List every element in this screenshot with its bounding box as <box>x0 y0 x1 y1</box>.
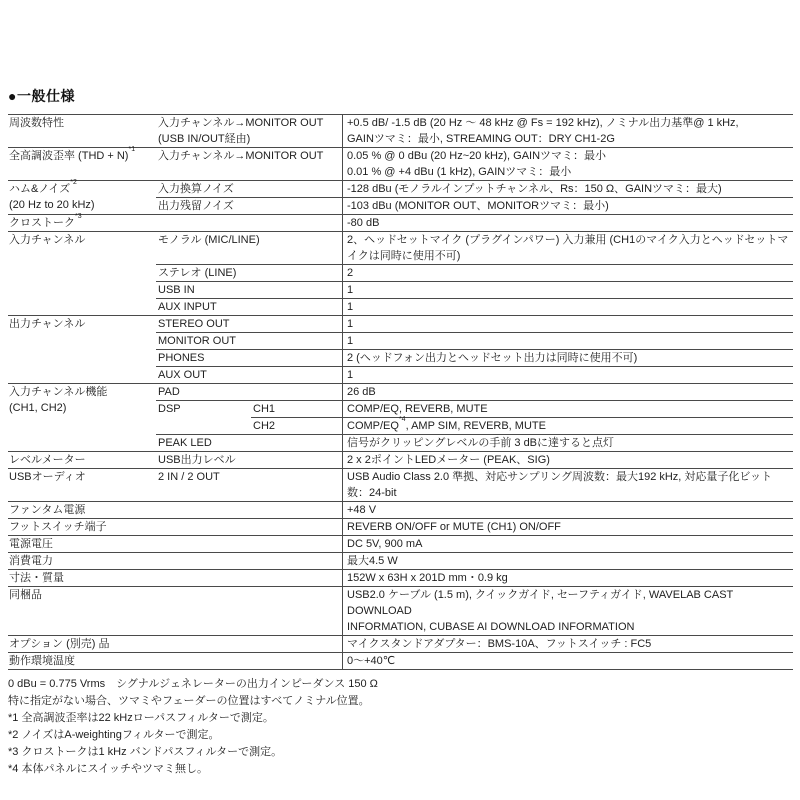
spec-value-cell: +48 V <box>342 502 793 518</box>
spec-item-cell: AUX OUT <box>156 366 342 383</box>
spec-category-cell: レベルメーター <box>8 452 156 468</box>
spec-category-cell: 入力チャンネル機能 (CH1, CH2) <box>8 384 156 451</box>
spec-value-cell: 1 <box>342 298 793 315</box>
table-row: レベルメーターUSB出力レベル2 x 2ポイントLEDメーター (PEAK、SI… <box>8 451 793 468</box>
spec-subrows: モノラル (MIC/LINE)2、ヘッドセットマイク (プラグインパワー) 入力… <box>156 232 793 315</box>
spec-value-cell: -80 dB <box>342 215 793 231</box>
spec-subrow: モノラル (MIC/LINE)2、ヘッドセットマイク (プラグインパワー) 入力… <box>156 232 793 264</box>
footnote-marker: *4 <box>399 416 406 423</box>
spec-value-cell: 2 (ヘッドフォン出力とヘッドセット出力は同時に使用不可) <box>342 349 793 366</box>
spec-category-cell: クロストーク*3 <box>8 215 156 231</box>
spec-subrow: USB2.0 ケーブル (1.5 m), クイックガイド, セーフティガイド, … <box>156 587 793 635</box>
spec-page: ●一般仕様 周波数特性入力チャンネル→MONITOR OUT (USB IN/O… <box>0 0 800 800</box>
spec-category-cell: 全高調波歪率 (THD + N)*1 <box>8 148 156 180</box>
spec-item-cell: PEAK LED <box>156 434 342 451</box>
spec-category-cell: 電源電圧 <box>8 536 156 552</box>
spec-item-cell <box>156 553 342 569</box>
spec-subrows: USB出力レベル2 x 2ポイントLEDメーター (PEAK、SIG) <box>156 452 793 468</box>
spec-subrows: 0～+40℃ <box>156 653 793 669</box>
spec-subrow: +48 V <box>156 502 793 518</box>
spec-category-cell: 動作環境温度 <box>8 653 156 669</box>
spec-value-cell: 1 <box>342 316 793 332</box>
table-row: 動作環境温度0～+40℃ <box>8 652 793 669</box>
spec-item-cell: ステレオ (LINE) <box>156 264 342 281</box>
spec-subrows: 最大4.5 W <box>156 553 793 569</box>
footnote: *2 ノイズはA-weightingフィルターで測定。 <box>8 727 793 744</box>
table-row: 同梱品USB2.0 ケーブル (1.5 m), クイックガイド, セーフティガイ… <box>8 586 793 635</box>
spec-subrow: PEAK LED信号がクリッピングレベルの手前 3 dBに達すると点灯 <box>156 434 793 451</box>
spec-item-cell: AUX INPUT <box>156 298 342 315</box>
spec-item-cell <box>156 536 342 552</box>
spec-subrow: 2 IN / 2 OUTUSB Audio Class 2.0 準拠、対応サンプ… <box>156 469 793 501</box>
spec-value-cell: 0.05 % @ 0 dBu (20 Hz~20 kHz), GAINツマミ：最… <box>342 148 793 180</box>
spec-subrow: STEREO OUT1 <box>156 316 793 332</box>
spec-value-cell: DC 5V, 900 mA <box>342 536 793 552</box>
spec-item-cell: PHONES <box>156 349 342 366</box>
spec-value-cell: COMP/EQ*4, AMP SIM, REVERB, MUTE <box>342 417 793 434</box>
footnotes: 0 dBu = 0.775 Vrms シグナルジェネレーターの出力インピーダンス… <box>8 676 793 778</box>
table-row: 全高調波歪率 (THD + N)*1入力チャンネル→MONITOR OUT0.0… <box>8 147 793 180</box>
footnote: 特に指定がない場合、ツマミやフェーダーの位置はすべてノミナル位置。 <box>8 693 793 710</box>
footnote-marker: *1 <box>128 146 135 153</box>
spec-value-cell: 2 x 2ポイントLEDメーター (PEAK、SIG) <box>342 452 793 468</box>
spec-category-cell: 入力チャンネル <box>8 232 156 315</box>
spec-category-cell: 消費電力 <box>8 553 156 569</box>
spec-subrows: STEREO OUT1MONITOR OUT1PHONES2 (ヘッドフォン出力… <box>156 316 793 383</box>
spec-subrow: ステレオ (LINE)2 <box>156 264 793 281</box>
spec-subrow: 入力換算ノイズ-128 dBu (モノラルインプットチャンネル、Rs：150 Ω… <box>156 181 793 197</box>
spec-subrow: 152W x 63H x 201D mm・0.9 kg <box>156 570 793 586</box>
spec-item-cell: 2 IN / 2 OUT <box>156 469 342 501</box>
spec-item-cell: USB出力レベル <box>156 452 342 468</box>
spec-item-cell <box>156 653 342 669</box>
spec-subrows: 入力チャンネル→MONITOR OUT (USB IN/OUT経由)+0.5 d… <box>156 115 793 147</box>
spec-value-cell: 最大4.5 W <box>342 553 793 569</box>
spec-value-cell: -103 dBu (MONITOR OUT、MONITORツマミ：最小) <box>342 197 793 214</box>
table-row: 寸法・質量152W x 63H x 201D mm・0.9 kg <box>8 569 793 586</box>
spec-subrow: CH2COMP/EQ*4, AMP SIM, REVERB, MUTE <box>156 417 793 434</box>
spec-subitem-cell: CH2 <box>251 417 342 434</box>
table-row: 周波数特性入力チャンネル→MONITOR OUT (USB IN/OUT経由)+… <box>8 114 793 147</box>
spec-category-cell: ファンタム電源 <box>8 502 156 518</box>
spec-value-cell: USB Audio Class 2.0 準拠、対応サンプリング周波数：最大192… <box>342 469 793 501</box>
spec-value-cell: 信号がクリッピングレベルの手前 3 dBに達すると点灯 <box>342 434 793 451</box>
spec-item-cell <box>156 636 342 652</box>
footnote-marker: *2 <box>70 179 77 186</box>
spec-subrow: 出力残留ノイズ-103 dBu (MONITOR OUT、MONITORツマミ：… <box>156 197 793 214</box>
spec-item-cell <box>156 570 342 586</box>
spec-subrow: DC 5V, 900 mA <box>156 536 793 552</box>
spec-value-cell: COMP/EQ, REVERB, MUTE <box>342 400 793 417</box>
spec-subrow: USB出力レベル2 x 2ポイントLEDメーター (PEAK、SIG) <box>156 452 793 468</box>
spec-subrows: REVERB ON/OFF or MUTE (CH1) ON/OFF <box>156 519 793 535</box>
spec-item-cell <box>156 519 342 535</box>
spec-subrow: 入力チャンネル→MONITOR OUT (USB IN/OUT経由)+0.5 d… <box>156 115 793 147</box>
table-row: ファンタム電源+48 V <box>8 501 793 518</box>
spec-item-cell <box>156 417 251 434</box>
spec-value-cell: USB2.0 ケーブル (1.5 m), クイックガイド, セーフティガイド, … <box>342 587 793 635</box>
table-row: 入力チャンネル機能 (CH1, CH2)PAD26 dBDSPCH1COMP/E… <box>8 383 793 451</box>
spec-value-cell: 1 <box>342 366 793 383</box>
spec-item-cell <box>156 587 342 635</box>
spec-subrows: 入力換算ノイズ-128 dBu (モノラルインプットチャンネル、Rs：150 Ω… <box>156 181 793 214</box>
spec-value-cell: 152W x 63H x 201D mm・0.9 kg <box>342 570 793 586</box>
spec-item-cell: PAD <box>156 384 342 400</box>
spec-subrow: 入力チャンネル→MONITOR OUT0.05 % @ 0 dBu (20 Hz… <box>156 148 793 180</box>
spec-item-cell <box>156 215 342 231</box>
table-row: フットスイッチ端子REVERB ON/OFF or MUTE (CH1) ON/… <box>8 518 793 535</box>
spec-subrows: マイクスタンドアダプター：BMS-10A、フットスイッチ : FC5 <box>156 636 793 652</box>
spec-value-cell: 1 <box>342 332 793 349</box>
spec-value-cell: REVERB ON/OFF or MUTE (CH1) ON/OFF <box>342 519 793 535</box>
spec-subrow: AUX INPUT1 <box>156 298 793 315</box>
spec-subrows: USB2.0 ケーブル (1.5 m), クイックガイド, セーフティガイド, … <box>156 587 793 635</box>
spec-subrows: PAD26 dBDSPCH1COMP/EQ, REVERB, MUTECH2CO… <box>156 384 793 451</box>
spec-subrow: PHONES2 (ヘッドフォン出力とヘッドセット出力は同時に使用不可) <box>156 349 793 366</box>
spec-item-cell: 入力チャンネル→MONITOR OUT (USB IN/OUT経由) <box>156 115 342 147</box>
spec-value-cell: 1 <box>342 281 793 298</box>
spec-item-cell: DSP <box>156 400 251 417</box>
footnote: *4 本体パネルにスイッチやツマミ無し。 <box>8 761 793 778</box>
spec-subrow: -80 dB <box>156 215 793 231</box>
spec-subitem-cell: CH1 <box>251 400 342 417</box>
spec-value-cell: +0.5 dB/ -1.5 dB (20 Hz ～ 48 kHz @ Fs = … <box>342 115 793 147</box>
spec-value-cell: 0～+40℃ <box>342 653 793 669</box>
spec-subrow: 0～+40℃ <box>156 653 793 669</box>
table-row: USBオーディオ2 IN / 2 OUTUSB Audio Class 2.0 … <box>8 468 793 501</box>
spec-category-cell: 寸法・質量 <box>8 570 156 586</box>
spec-value-cell: マイクスタンドアダプター：BMS-10A、フットスイッチ : FC5 <box>342 636 793 652</box>
section-title: ●一般仕様 <box>8 86 793 106</box>
spec-subrow: PAD26 dB <box>156 384 793 400</box>
spec-item-cell: STEREO OUT <box>156 316 342 332</box>
spec-category-cell: USBオーディオ <box>8 469 156 501</box>
spec-subrow: 最大4.5 W <box>156 553 793 569</box>
spec-item-cell <box>156 502 342 518</box>
table-row: 消費電力最大4.5 W <box>8 552 793 569</box>
spec-subrow: DSPCH1COMP/EQ, REVERB, MUTE <box>156 400 793 417</box>
spec-value-cell: -128 dBu (モノラルインプットチャンネル、Rs：150 Ω、GAINツマ… <box>342 181 793 197</box>
spec-value-cell: 2 <box>342 264 793 281</box>
table-row: 出力チャンネルSTEREO OUT1MONITOR OUT1PHONES2 (ヘ… <box>8 315 793 383</box>
spec-category-cell: 出力チャンネル <box>8 316 156 383</box>
spec-subrow: AUX OUT1 <box>156 366 793 383</box>
spec-subrows: 入力チャンネル→MONITOR OUT0.05 % @ 0 dBu (20 Hz… <box>156 148 793 180</box>
spec-table: 周波数特性入力チャンネル→MONITOR OUT (USB IN/OUT経由)+… <box>8 114 793 670</box>
spec-subrows: 152W x 63H x 201D mm・0.9 kg <box>156 570 793 586</box>
spec-subrow: MONITOR OUT1 <box>156 332 793 349</box>
table-row: ハム&ノイズ*2 (20 Hz to 20 kHz)入力換算ノイズ-128 dB… <box>8 180 793 214</box>
table-row: 入力チャンネルモノラル (MIC/LINE)2、ヘッドセットマイク (プラグイン… <box>8 231 793 315</box>
spec-subrow: マイクスタンドアダプター：BMS-10A、フットスイッチ : FC5 <box>156 636 793 652</box>
spec-item-cell: MONITOR OUT <box>156 332 342 349</box>
spec-subrows: DC 5V, 900 mA <box>156 536 793 552</box>
footnote: *1 全高調波歪率は22 kHzローパスフィルターで測定。 <box>8 710 793 727</box>
spec-category-cell: ハム&ノイズ*2 (20 Hz to 20 kHz) <box>8 181 156 214</box>
table-row: オプション (別売) 品マイクスタンドアダプター：BMS-10A、フットスイッチ… <box>8 635 793 652</box>
spec-item-cell: 入力換算ノイズ <box>156 181 342 197</box>
table-row: 電源電圧DC 5V, 900 mA <box>8 535 793 552</box>
spec-value-cell: 2、ヘッドセットマイク (プラグインパワー) 入力兼用 (CH1のマイク入力とヘ… <box>342 232 793 264</box>
spec-category-cell: オプション (別売) 品 <box>8 636 156 652</box>
spec-subrows: +48 V <box>156 502 793 518</box>
spec-item-cell: 出力残留ノイズ <box>156 197 342 214</box>
spec-category-cell: 周波数特性 <box>8 115 156 147</box>
footnote: 0 dBu = 0.775 Vrms シグナルジェネレーターの出力インピーダンス… <box>8 676 793 693</box>
footnote-marker: *3 <box>75 213 82 220</box>
spec-category-cell: 同梱品 <box>8 587 156 635</box>
spec-subrows: -80 dB <box>156 215 793 231</box>
spec-subrow: REVERB ON/OFF or MUTE (CH1) ON/OFF <box>156 519 793 535</box>
table-row: クロストーク*3-80 dB <box>8 214 793 231</box>
spec-item-cell: 入力チャンネル→MONITOR OUT <box>156 148 342 180</box>
spec-item-cell: USB IN <box>156 281 342 298</box>
spec-subrow: USB IN1 <box>156 281 793 298</box>
spec-subrows: 2 IN / 2 OUTUSB Audio Class 2.0 準拠、対応サンプ… <box>156 469 793 501</box>
spec-category-cell: フットスイッチ端子 <box>8 519 156 535</box>
footnote: *3 クロストークは1 kHz バンドパスフィルターで測定。 <box>8 744 793 761</box>
spec-item-cell: モノラル (MIC/LINE) <box>156 232 342 264</box>
spec-value-cell: 26 dB <box>342 384 793 400</box>
